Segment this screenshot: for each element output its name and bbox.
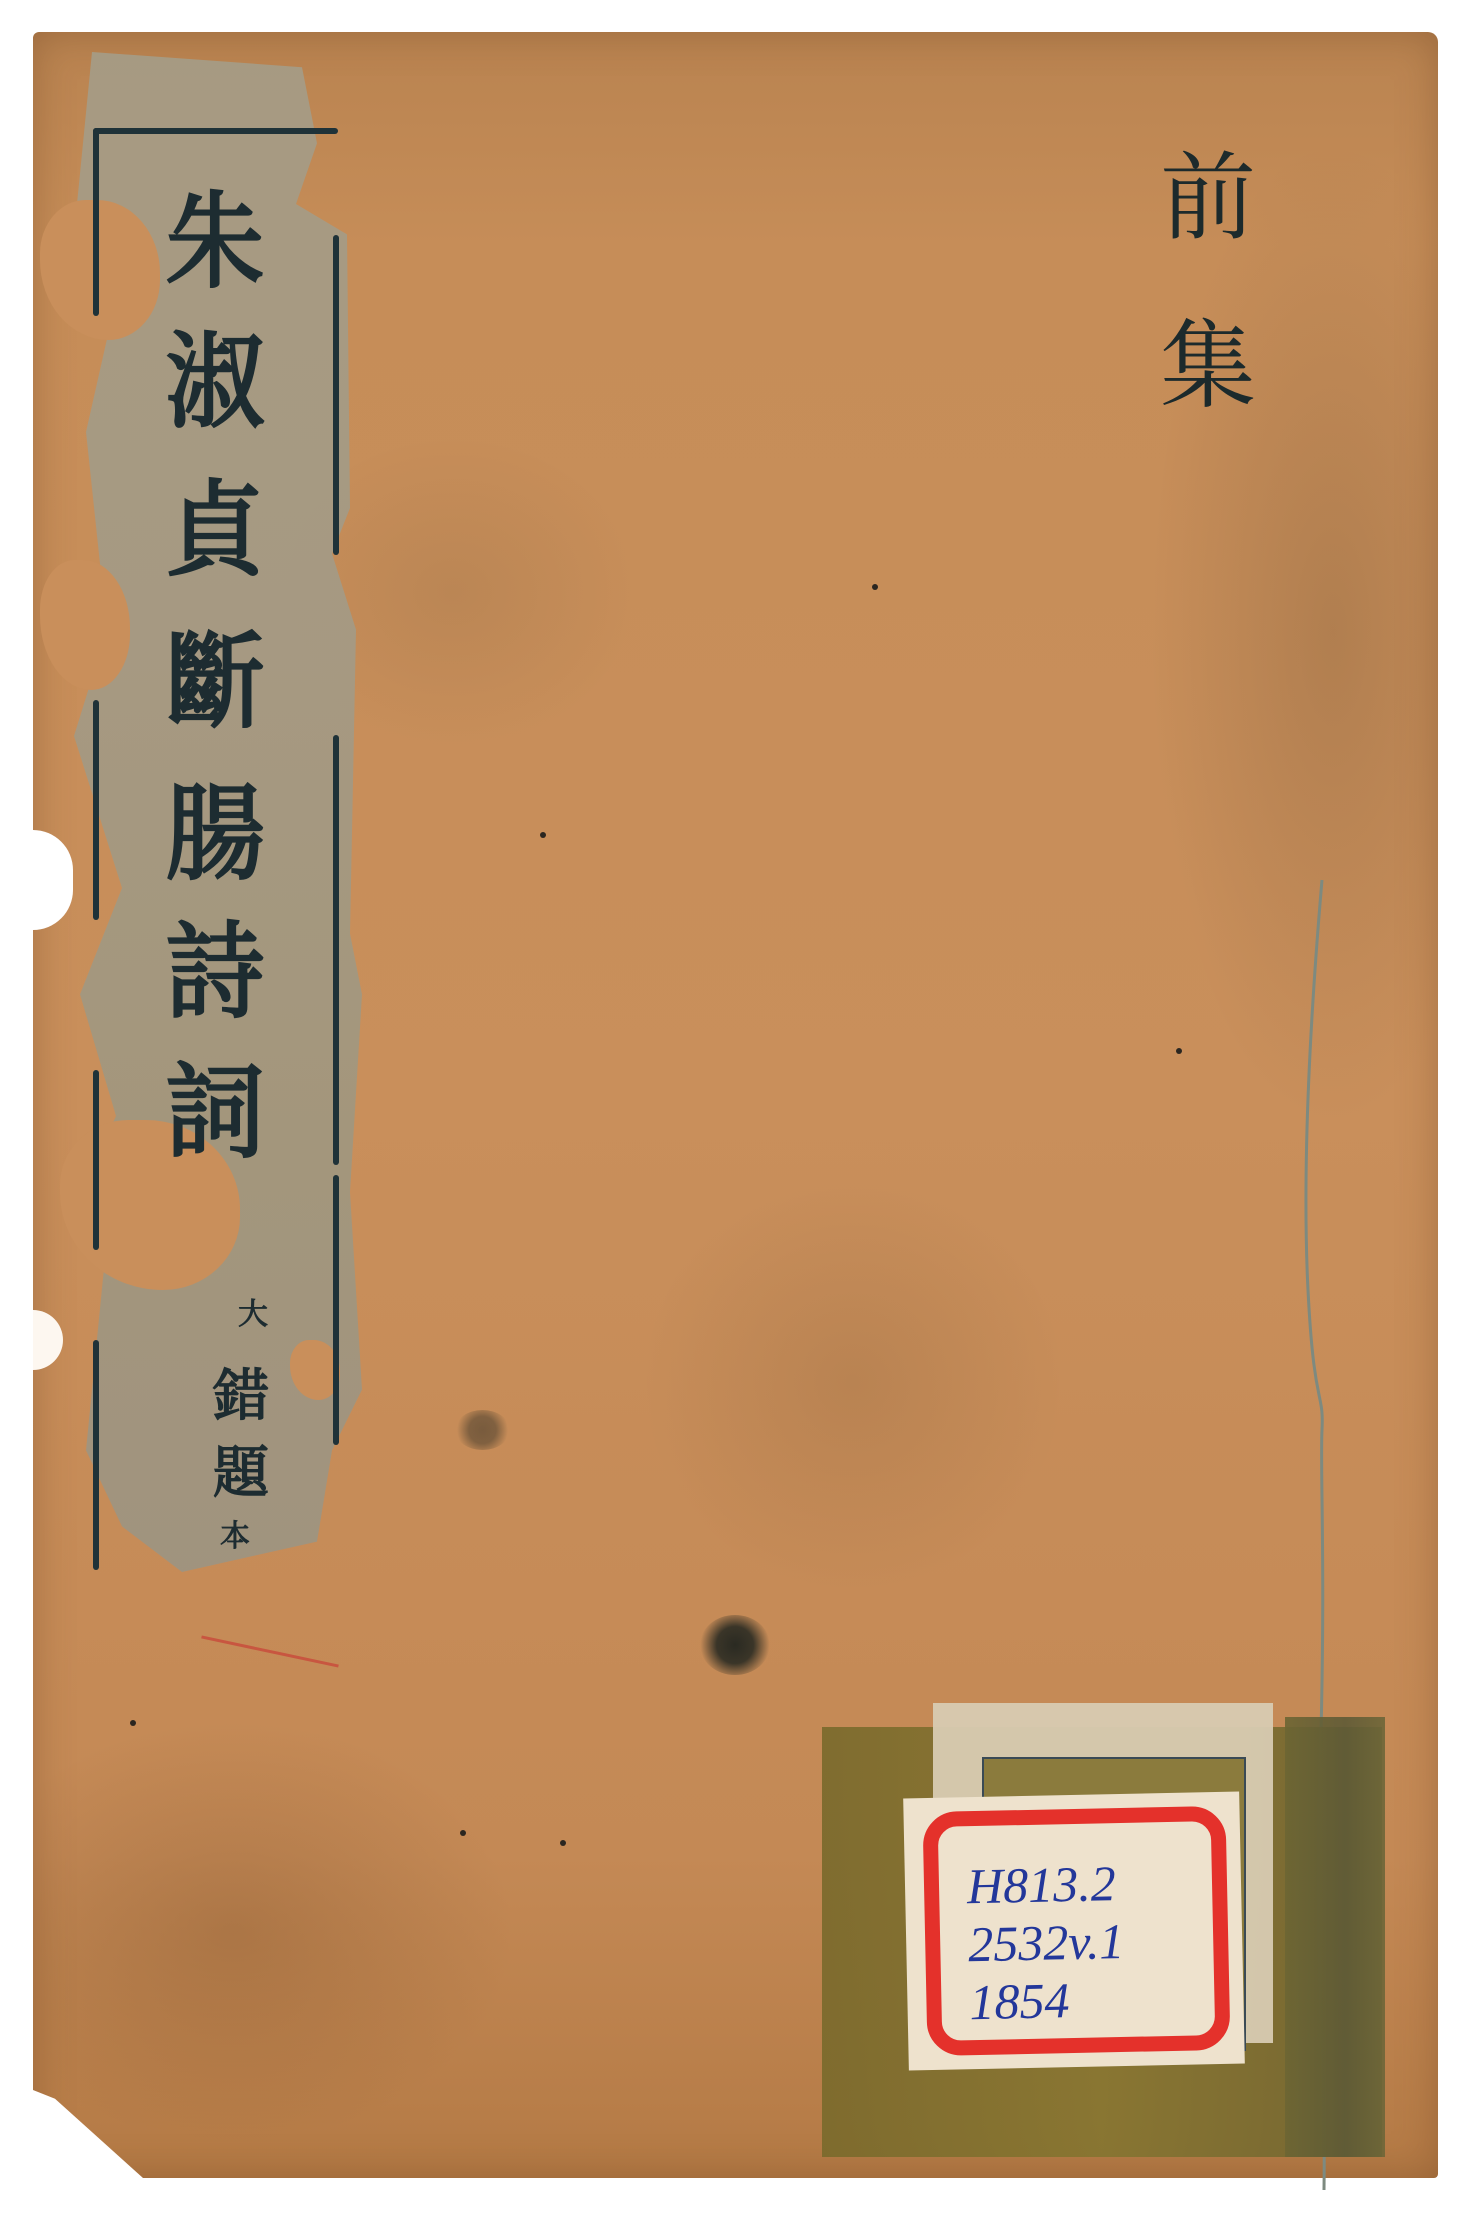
slip-frame-right [333,735,339,1165]
title-char: 詩 [153,920,277,1024]
slip-frame-top [93,128,338,134]
slip-frame-left [93,128,99,316]
call-number-line: H813.2 [966,1855,1116,1914]
slip-frame-left [93,1070,99,1250]
volume-char: 集 [1148,318,1268,414]
inscription-char: 錯 [213,1368,269,1424]
slip-frame-right [333,235,339,555]
volume-char: 前 [1148,150,1268,246]
title-char: 貞 [153,478,277,582]
call-number-line: 1854 [969,1972,1070,2030]
speck [1176,1048,1182,1054]
call-number-text: H813.2 2532v.1 1854 [966,1854,1126,2031]
speck [560,1840,566,1846]
inscription-fragment: 本 [220,1522,250,1552]
title-char: 斷 [153,630,277,734]
call-number-label: H813.2 2532v.1 1854 [903,1792,1245,2071]
slip-frame-left [93,1340,99,1570]
title-char: 詞 [153,1060,277,1164]
speck [872,584,878,590]
stain [455,1410,510,1450]
title-char: 腸 [153,782,277,886]
call-number-line: 2532v.1 [968,1913,1125,1972]
title-char: 朱 [153,190,277,294]
inscription-char: 題 [213,1445,269,1501]
ink-stain [700,1615,770,1675]
slip-frame-left [93,700,99,920]
speck [460,1830,466,1836]
speck [540,832,546,838]
title-char: 淑 [153,330,277,434]
label-tape [1285,1717,1385,2157]
slip-frame-right [333,1175,339,1445]
inscription-fragment: 大 [238,1300,268,1330]
speck [130,1720,136,1726]
